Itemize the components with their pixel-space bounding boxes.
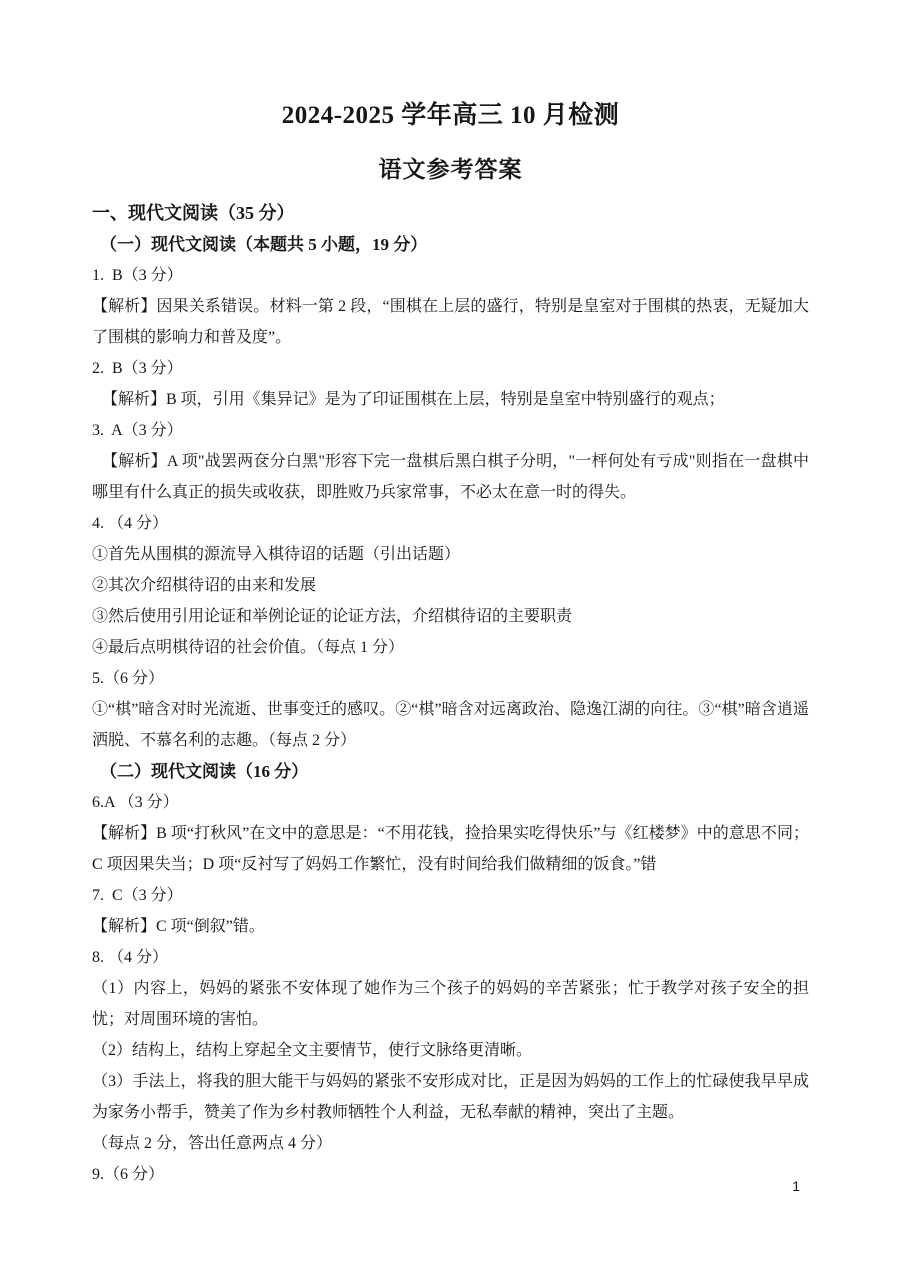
answer-line: 5.（6 分） bbox=[92, 663, 809, 694]
answer-line: （每点 2 分，答出任意两点 4 分） bbox=[92, 1128, 809, 1159]
document-page: 2024-2025 学年高三 10 月检测 语文参考答案 一、现代文阅读（35 … bbox=[0, 0, 900, 1273]
answer-line: （3）手法上，将我的胆大能干与妈妈的紧张不安形成对比，正是因为妈妈的工作上的忙碌… bbox=[92, 1066, 809, 1128]
answer-line: 【解析】B 项“打秋风”在文中的意思是：“不用花钱，捡拾果实吃得快乐”与《红楼梦… bbox=[92, 818, 809, 880]
answer-line: ④最后点明棋待诏的社会价值。（每点 1 分） bbox=[92, 632, 809, 663]
answer-line: ②其次介绍棋待诏的由来和发展 bbox=[92, 570, 809, 601]
answer-line: 【解析】A 项"战罢两奁分白黑"形容下完一盘棋后黑白棋子分明，"一枰何处有亏成"… bbox=[92, 446, 809, 508]
answer-line: 【解析】C 项“倒叙”错。 bbox=[92, 911, 809, 942]
answer-line: （2）结构上，结构上穿起全文主要情节，使行文脉络更清晰。 bbox=[92, 1035, 809, 1066]
answer-line: ①首先从围棋的源流导入棋待诏的话题（引出话题） bbox=[92, 539, 809, 570]
document-title: 2024-2025 学年高三 10 月检测 bbox=[92, 100, 809, 132]
answer-line: 6.A （3 分） bbox=[92, 787, 809, 818]
answer-line: 9.（6 分） bbox=[92, 1159, 809, 1190]
answer-line: ①“棋”暗含对时光流逝、世事变迁的感叹。②“棋”暗含对远离政治、隐逸江湖的向往。… bbox=[92, 694, 809, 756]
answer-line: 【解析】因果关系错误。材料一第 2 段，“围棋在上层的盛行，特别是皇室对于围棋的… bbox=[92, 291, 809, 353]
answer-line: 7. C（3 分） bbox=[92, 880, 809, 911]
answer-line: 8. （4 分） bbox=[92, 942, 809, 973]
answer-line: 1. B（3 分） bbox=[92, 260, 809, 291]
answer-line: （1）内容上，妈妈的紧张不安体现了她作为三个孩子的妈妈的辛苦紧张；忙于教学对孩子… bbox=[92, 973, 809, 1035]
answer-line: 2. B（3 分） bbox=[92, 353, 809, 384]
answer-line: （一）现代文阅读（本题共 5 小题，19 分） bbox=[92, 229, 809, 260]
document-content: 2024-2025 学年高三 10 月检测 语文参考答案 一、现代文阅读（35 … bbox=[92, 0, 809, 1190]
answer-line: 【解析】B 项，引用《集异记》是为了印证围棋在上层，特别是皇室中特别盛行的观点； bbox=[92, 384, 809, 415]
answer-line: 一、现代文阅读（35 分） bbox=[92, 198, 809, 229]
answer-line: （二）现代文阅读（16 分） bbox=[92, 756, 809, 787]
page-number: 1 bbox=[792, 1176, 800, 1196]
answer-line: 4. （4 分） bbox=[92, 508, 809, 539]
answer-lines: 一、现代文阅读（35 分）（一）现代文阅读（本题共 5 小题，19 分）1. B… bbox=[92, 198, 809, 1190]
answer-line: ③然后使用引用论证和举例论证的论证方法，介绍棋待诏的主要职责 bbox=[92, 601, 809, 632]
document-subtitle: 语文参考答案 bbox=[92, 155, 809, 185]
answer-line: 3. A（3 分） bbox=[92, 415, 809, 446]
